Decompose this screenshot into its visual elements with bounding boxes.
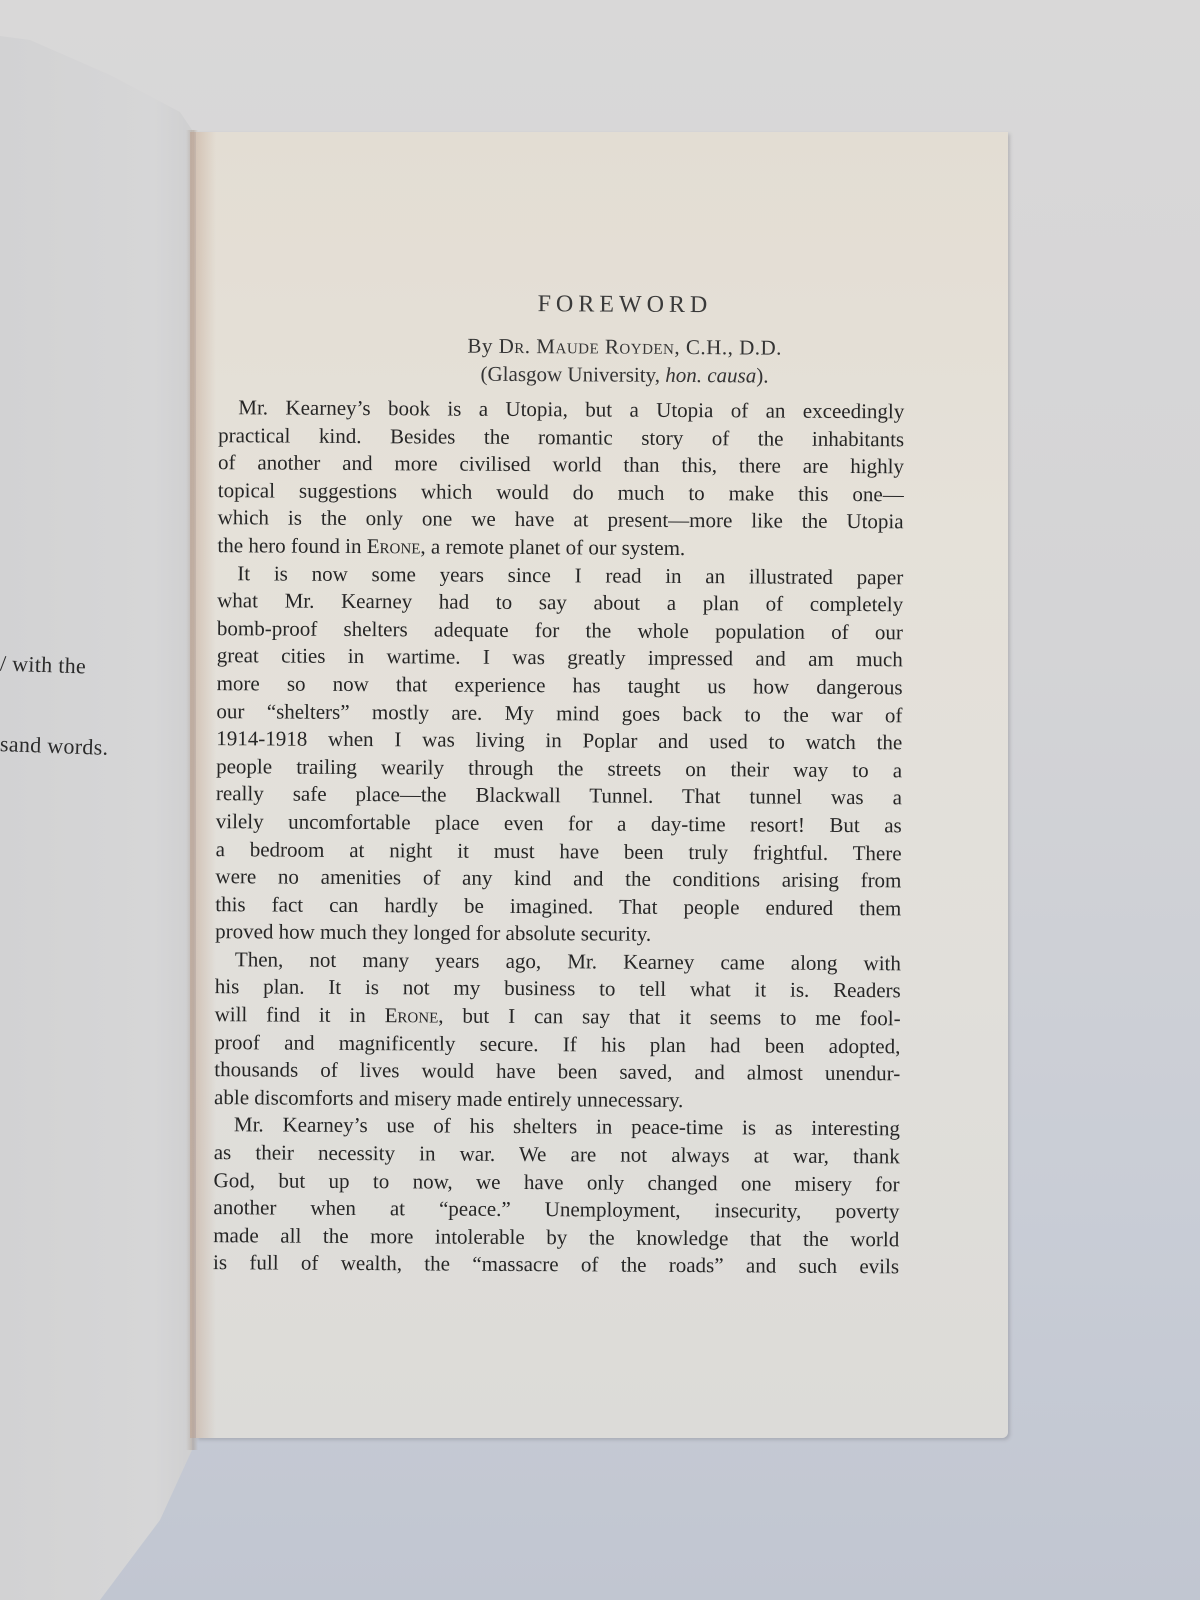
affiliation-prefix: (Glasgow University, bbox=[480, 362, 665, 387]
page-title: FOREWORD bbox=[219, 289, 1031, 321]
text-line: Mr. Kearney’s book is a Utopia, but a Ut… bbox=[218, 394, 904, 426]
text-line: Then, not many years ago, Mr. Kearney ca… bbox=[215, 946, 901, 978]
affiliation-italic: hon. causa bbox=[665, 363, 756, 388]
left-page-fragment: sand words. bbox=[0, 731, 109, 761]
text-line: really safe place—the Blackwall Tunnel. … bbox=[216, 780, 902, 812]
text-line: Mr. Kearney’s use of his shelters in pea… bbox=[214, 1112, 900, 1144]
text-line: another when at “peace.” Unemployment, i… bbox=[213, 1194, 899, 1226]
paragraph: It is now some years since I read in an … bbox=[215, 560, 903, 950]
text-line: is full of wealth, the “massacre of the … bbox=[213, 1250, 899, 1282]
paragraph: Mr. Kearney’s use of his shelters in pea… bbox=[213, 1112, 900, 1282]
text-line: thousands of lives would have been saved… bbox=[214, 1056, 900, 1088]
text-line: which is the only one we have at present… bbox=[218, 505, 904, 537]
text-line: our “shelters” mostly are. My mind goes … bbox=[216, 698, 902, 730]
book-title-erone: Erone bbox=[385, 1003, 439, 1027]
text-line: more so now that experience has taught u… bbox=[217, 670, 903, 702]
left-page: / with the sand words. bbox=[0, 0, 192, 1600]
text-line: a bedroom at night it must have been tru… bbox=[216, 836, 902, 868]
text-line: made all the more intolerable by the kno… bbox=[213, 1222, 899, 1254]
text-line: this fact can hardly be imagined. That p… bbox=[215, 891, 901, 923]
text-line: people trailing wearily through the stre… bbox=[216, 753, 902, 785]
text-line: the hero found in Erone, a remote planet… bbox=[217, 532, 903, 564]
book-title-erone: Erone bbox=[367, 534, 421, 558]
text-line: vilely uncomfortable place even for a da… bbox=[216, 808, 902, 840]
paragraph: Mr. Kearney’s book is a Utopia, but a Ut… bbox=[217, 394, 904, 564]
paragraph: Then, not many years ago, Mr. Kearney ca… bbox=[214, 946, 901, 1116]
text-line: as their necessity in war. We are not al… bbox=[214, 1139, 900, 1171]
text-line: proved how much they longed for absolute… bbox=[215, 918, 901, 950]
byline: By Dr. Maude Royden, C.H., D.D. bbox=[219, 332, 1031, 362]
text-line: topical suggestions which would do much … bbox=[218, 477, 904, 509]
byline-prefix: By bbox=[467, 334, 493, 358]
text-line: will find it in Erone, but I can say tha… bbox=[215, 1001, 901, 1033]
author-affiliation: (Glasgow University, hon. causa). bbox=[218, 360, 1030, 390]
text-line: were no amenities of any kind and the co… bbox=[215, 863, 901, 895]
text-line: able discomforts and misery made entirel… bbox=[214, 1084, 900, 1116]
text-line: proof and magnificently secure. If his p… bbox=[214, 1029, 900, 1061]
text-line: bomb-proof shelters adequate for the who… bbox=[217, 615, 903, 647]
affiliation-suffix: ). bbox=[756, 363, 768, 387]
text-line: 1914-1918 when I was living in Poplar an… bbox=[216, 725, 902, 757]
text-line: God, but up to now, we have only changed… bbox=[214, 1167, 900, 1199]
author-credentials: , C.H., D.D. bbox=[674, 335, 782, 360]
foreword-page: FOREWORD By Dr. Maude Royden, C.H., D.D.… bbox=[196, 132, 1008, 1438]
text-line: of another and more civilised world than… bbox=[218, 449, 904, 481]
left-page-fragment: / with the bbox=[0, 651, 87, 680]
text-line: his plan. It is not my business to tell … bbox=[215, 974, 901, 1006]
text-line: It is now some years since I read in an … bbox=[217, 560, 903, 592]
text-line: what Mr. Kearney had to say about a plan… bbox=[217, 587, 903, 619]
text-line: practical kind. Besides the romantic sto… bbox=[218, 422, 904, 454]
text-line: great cities in wartime. I was greatly i… bbox=[217, 642, 903, 674]
foreword-body: Mr. Kearney’s book is a Utopia, but a Ut… bbox=[213, 394, 904, 1281]
author-name: Dr. Maude Royden bbox=[499, 334, 675, 359]
